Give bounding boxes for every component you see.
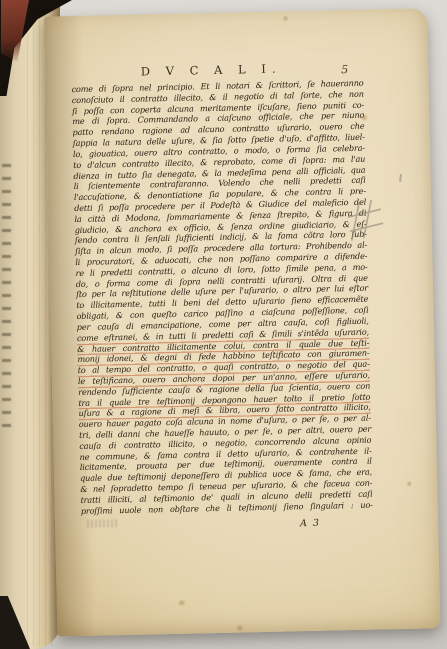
show-through-mark — [87, 519, 117, 528]
foxing-spot — [282, 15, 289, 21]
folio-number: 5 — [341, 63, 348, 76]
pencil-hash-mark — [347, 199, 384, 244]
foxing-spot — [177, 600, 187, 606]
signature-mark: A 3 — [300, 518, 319, 529]
foxing-spot — [406, 481, 412, 487]
pencil-tick-mark — [399, 174, 402, 182]
facing-page-text-fragments — [2, 164, 11, 434]
foxing-spot — [235, 624, 244, 631]
book-page: D V C A L I. 5 come di ſopra nel princip… — [44, 8, 440, 636]
foxing-spot — [360, 114, 368, 122]
running-title: D V C A L I. — [105, 61, 317, 80]
photo-scene: D V C A L I. 5 come di ſopra nel princip… — [0, 0, 447, 649]
body-text: come di ſopra nel principio. Et li notar… — [71, 78, 372, 517]
